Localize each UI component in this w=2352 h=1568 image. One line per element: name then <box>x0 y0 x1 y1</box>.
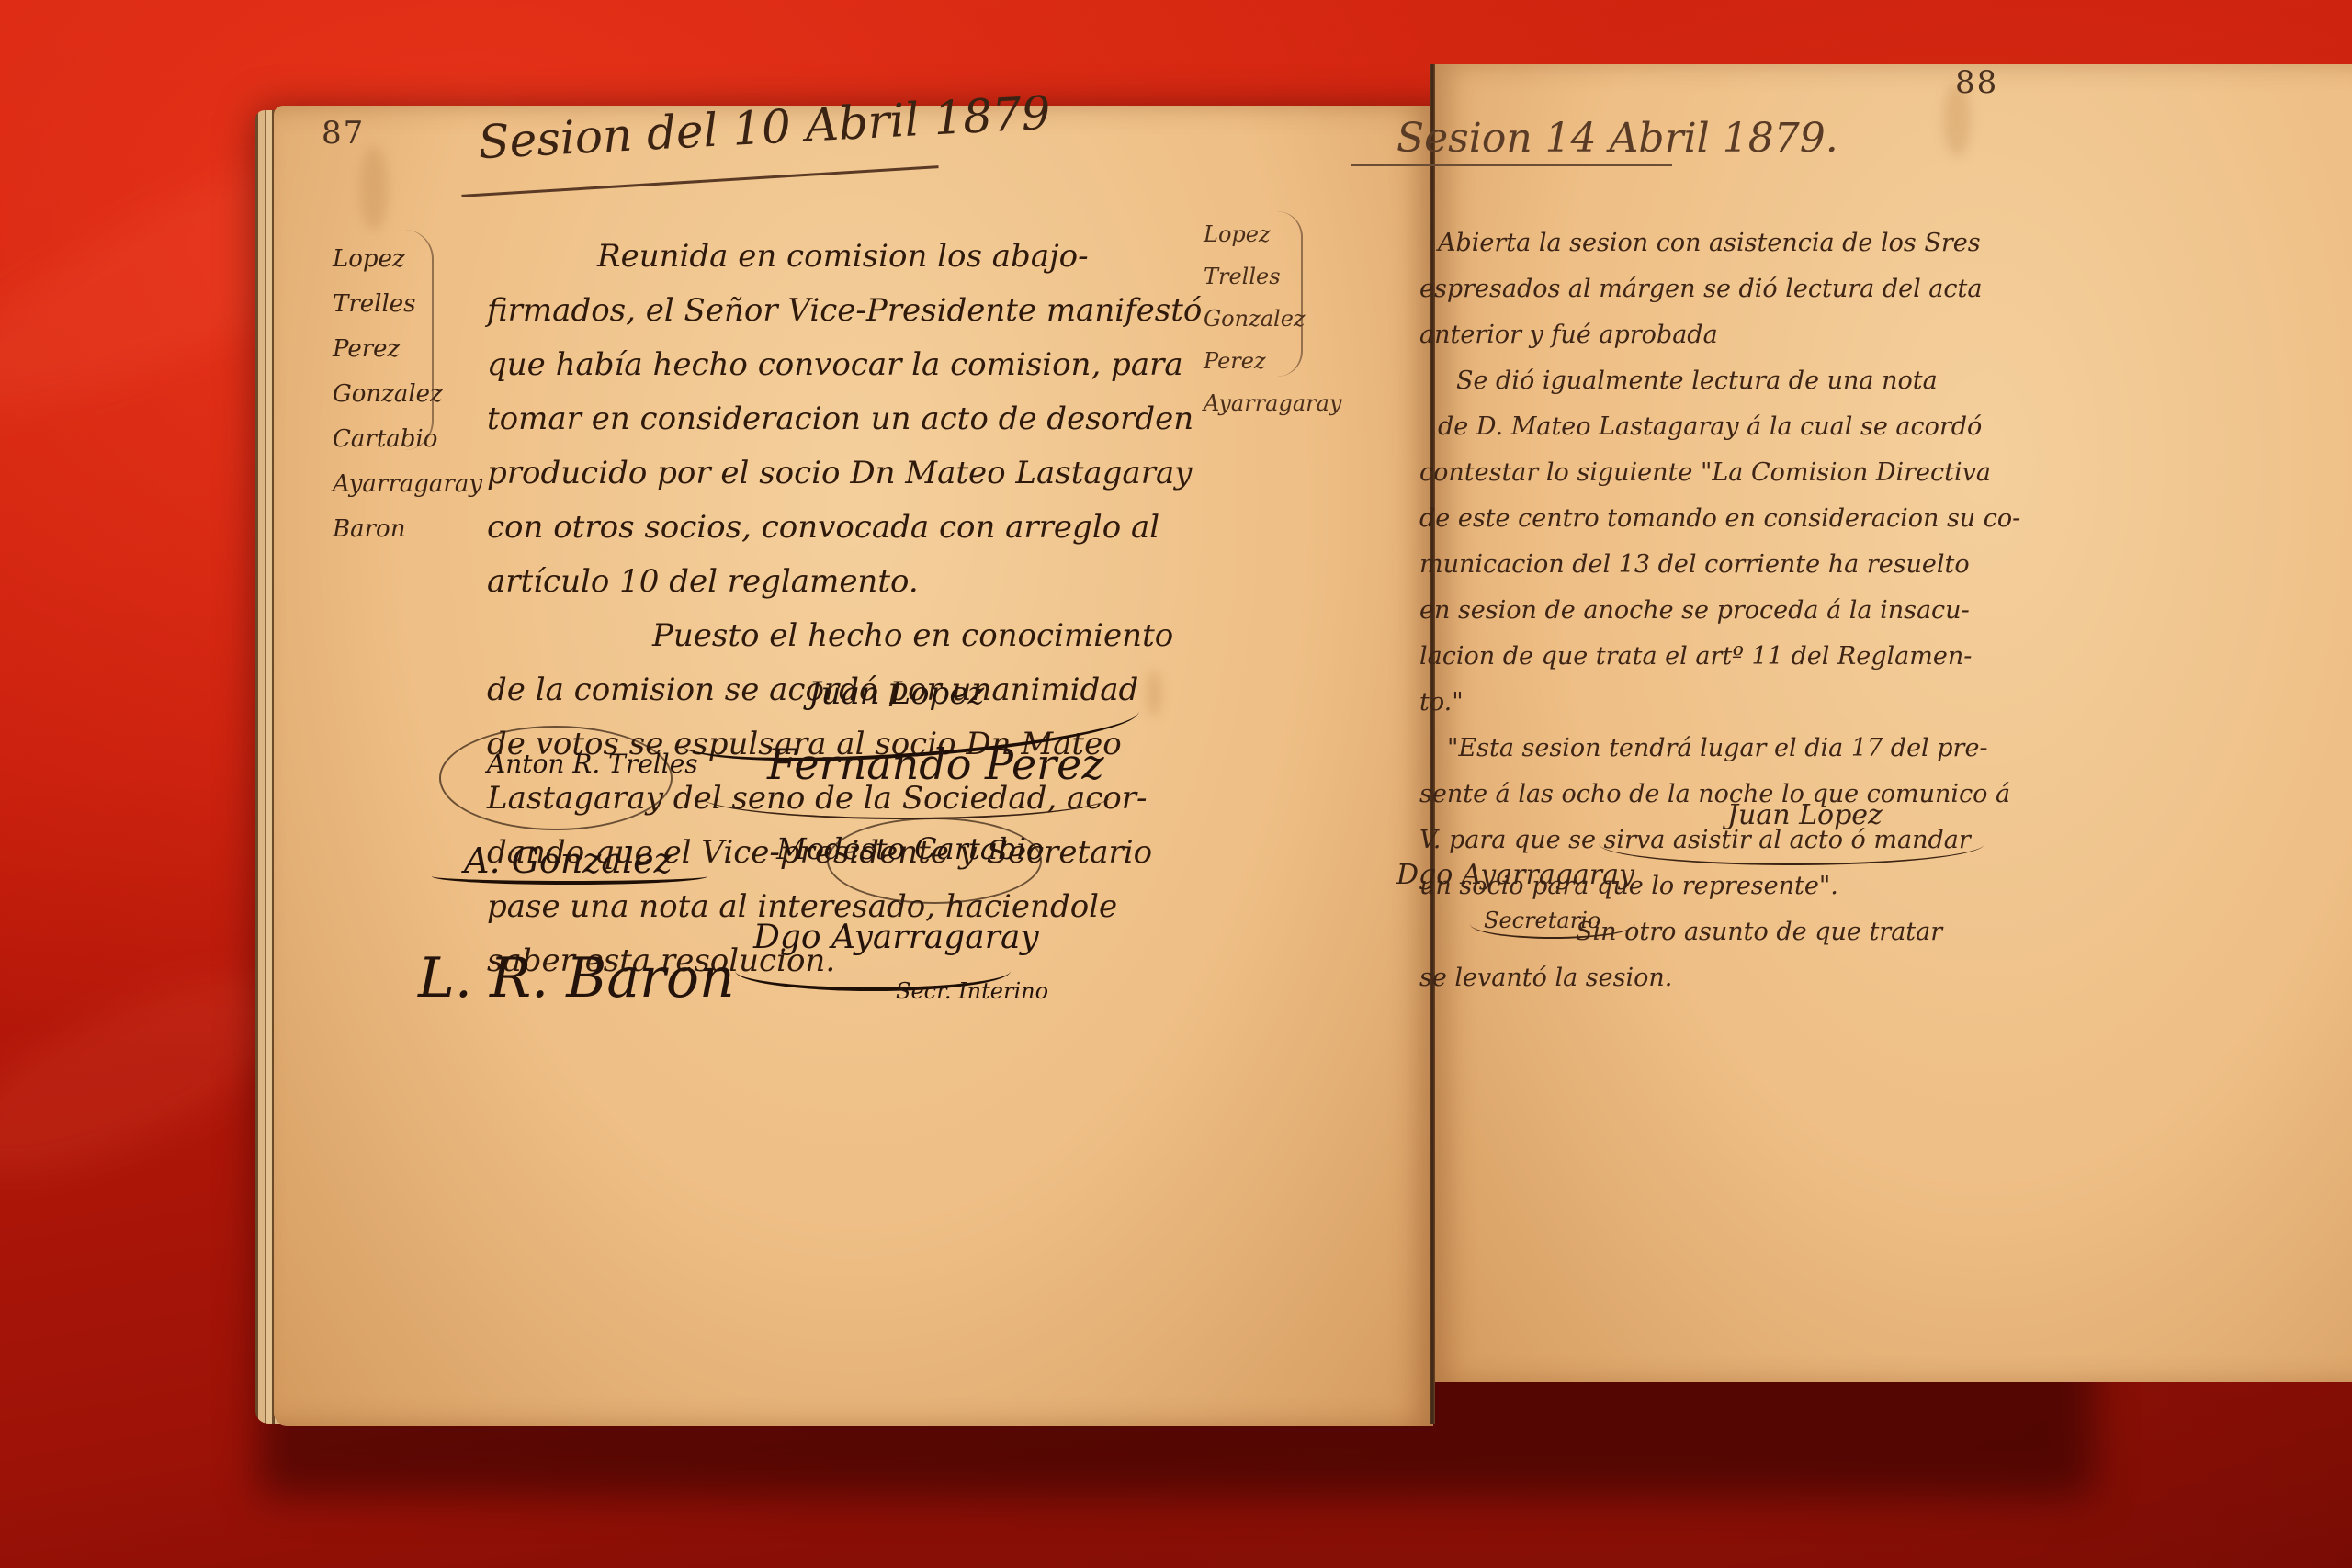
text-line: que había hecho convocar la comision, pa… <box>487 338 1158 392</box>
attendee-name: Lopez <box>1204 213 1342 255</box>
text-line: artículo 10 del reglamento. <box>487 555 1158 609</box>
attendee-name: Perez <box>1204 340 1342 382</box>
margin-brace <box>404 230 434 450</box>
attendee-list-right: Lopez Trelles Gonzalez Perez Ayarragaray <box>1204 213 1342 424</box>
attendee-name: Ayarragaray <box>333 462 482 507</box>
signature-flourish <box>1470 909 1635 939</box>
signature: L. R. Baron <box>418 946 735 1010</box>
text-line: en sesion de anoche se proceda á la insa… <box>1419 588 2007 634</box>
page-title-right: Sesion 14 Abril 1879. <box>1396 115 1838 162</box>
page-number-right: 88 <box>1955 64 1998 101</box>
attendee-name: Baron <box>333 507 482 552</box>
text-line: espresados al márgen se dió lectura del … <box>1419 266 2007 312</box>
text-line: de este centro tomando en consideracion … <box>1419 496 2007 542</box>
text-line: sente á las ocho de la noche lo que comu… <box>1419 772 2007 818</box>
text-line: "Esta sesion tendrá lugar el dia 17 del … <box>1419 726 2007 772</box>
text-line: lacion de que trata el artº 11 del Regla… <box>1419 634 2007 680</box>
text-line: Abierta la sesion con asistencia de los … <box>1419 220 2007 266</box>
text-line: producido por el socio Dn Mateo Lastagar… <box>487 446 1158 501</box>
attendee-name: Ayarragaray <box>1204 382 1342 424</box>
paper-stain <box>360 147 388 230</box>
text-line: Reunida en comision los abajo- <box>487 230 1158 284</box>
title-underline <box>1351 164 1672 166</box>
signature: Anton R. Trelles <box>487 749 698 779</box>
text-line: anterior y fué aprobada <box>1419 312 2007 358</box>
text-line: de D. Mateo Lastagaray á la cual se acor… <box>1419 404 2007 450</box>
attendee-name: Trelles <box>1204 255 1342 298</box>
text-line: se levantó la sesion. <box>1419 955 2007 1001</box>
text-line: contestar lo siguiente "La Comision Dire… <box>1419 450 2007 496</box>
attendee-name: Gonzalez <box>1204 298 1342 340</box>
signature-flourish <box>432 868 707 885</box>
text-line: Se dió igualmente lectura de una nota <box>1419 358 2007 404</box>
signature: Dgo Ayarragaray <box>1396 859 1634 891</box>
text-line: firmados, el Señor Vice-Presidente manif… <box>487 284 1158 338</box>
signature-loop <box>827 818 1042 904</box>
page-number-left: 87 <box>322 115 365 152</box>
margin-brace <box>1277 211 1303 377</box>
text-line: municacion del 13 del corriente ha resue… <box>1419 542 2007 588</box>
text-line: to." <box>1419 680 2007 726</box>
text-line: con otros socios, convocada con arreglo … <box>487 501 1158 555</box>
signature-flourish <box>698 772 1112 819</box>
signature-flourish <box>1599 822 1984 865</box>
text-line: Puesto el hecho en conocimiento <box>487 609 1158 663</box>
text-line: tomar en consideracion un acto de desord… <box>487 392 1158 446</box>
signature: Secr. Interino <box>896 978 1048 1004</box>
